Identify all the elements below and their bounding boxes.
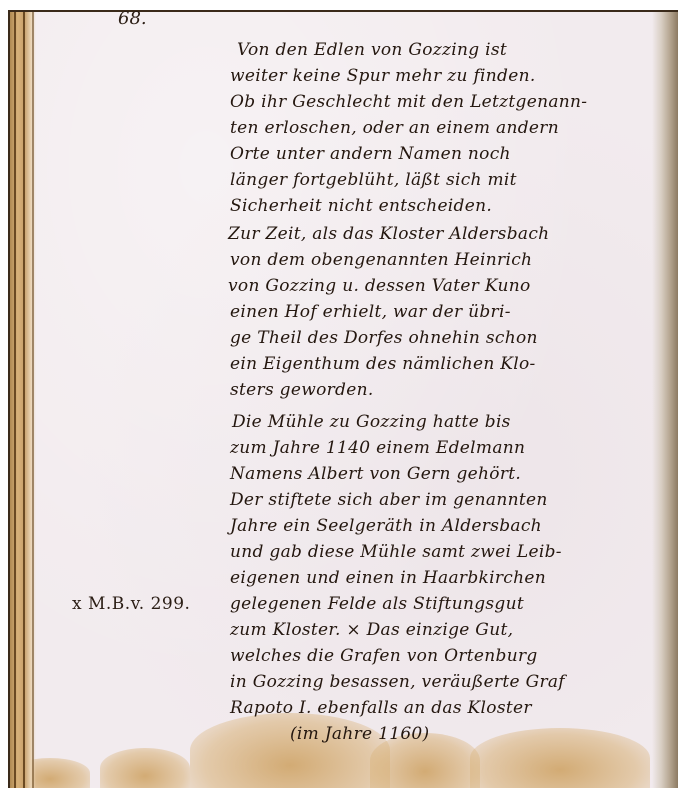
text-line: von dem obengenannten Heinrich [230, 250, 532, 270]
text-line: weiter keine Spur mehr zu finden. [230, 66, 536, 86]
text-line: einen Hof erhielt, war der übri- [230, 302, 511, 322]
text-line: eigenen und einen in Haarbkirchen [230, 568, 546, 588]
page-edge-left [10, 12, 36, 788]
text-line: länger fortgeblüht, läßt sich mit [230, 170, 517, 190]
text-line: Der stiftete sich aber im genannten [230, 490, 548, 510]
water-stain [470, 728, 650, 788]
text-line: gelegenen Felde als Stiftungsgut [230, 594, 524, 614]
text-line: Zur Zeit, als das Kloster Aldersbach [228, 224, 549, 244]
text-line: Orte unter andern Namen noch [230, 144, 511, 164]
text-line: Namens Albert von Gern gehört. [230, 464, 521, 484]
text-line: (im Jahre 1160) [290, 724, 429, 744]
page-edge-right [652, 12, 678, 788]
margin-note: x M.B.v. 299. [72, 594, 190, 614]
text-line: und gab diese Mühle samt zwei Leib- [230, 542, 562, 562]
text-line: Ob ihr Geschlecht mit den Letztgenann- [230, 92, 587, 112]
text-line: zum Kloster. × Das einzige Gut, [230, 620, 513, 640]
text-line: in Gozzing besassen, veräußerte Graf [230, 672, 565, 692]
text-line: ge Theil des Dorfes ohnehin schon [230, 328, 538, 348]
text-line: von Gozzing u. dessen Vater Kuno [228, 276, 530, 296]
text-line: sters geworden. [230, 380, 374, 400]
text-line: zum Jahre 1140 einem Edelmann [230, 438, 525, 458]
water-stain [100, 748, 190, 788]
text-line: Rapoto I. ebenfalls an das Kloster [230, 698, 532, 718]
text-line: Sicherheit nicht entscheiden. [230, 196, 492, 216]
text-line: welches die Grafen von Ortenburg [230, 646, 538, 666]
text-line: Die Mühle zu Gozzing hatte bis [232, 412, 511, 432]
text-line: ein Eigenthum des nämlichen Klo- [230, 354, 536, 374]
text-line: ten erloschen, oder an einem andern [230, 118, 559, 138]
page-number: 68. [118, 8, 147, 29]
text-line: Von den Edlen von Gozzing ist [237, 40, 507, 60]
text-line: Jahre ein Seelgeräth in Aldersbach [230, 516, 542, 536]
